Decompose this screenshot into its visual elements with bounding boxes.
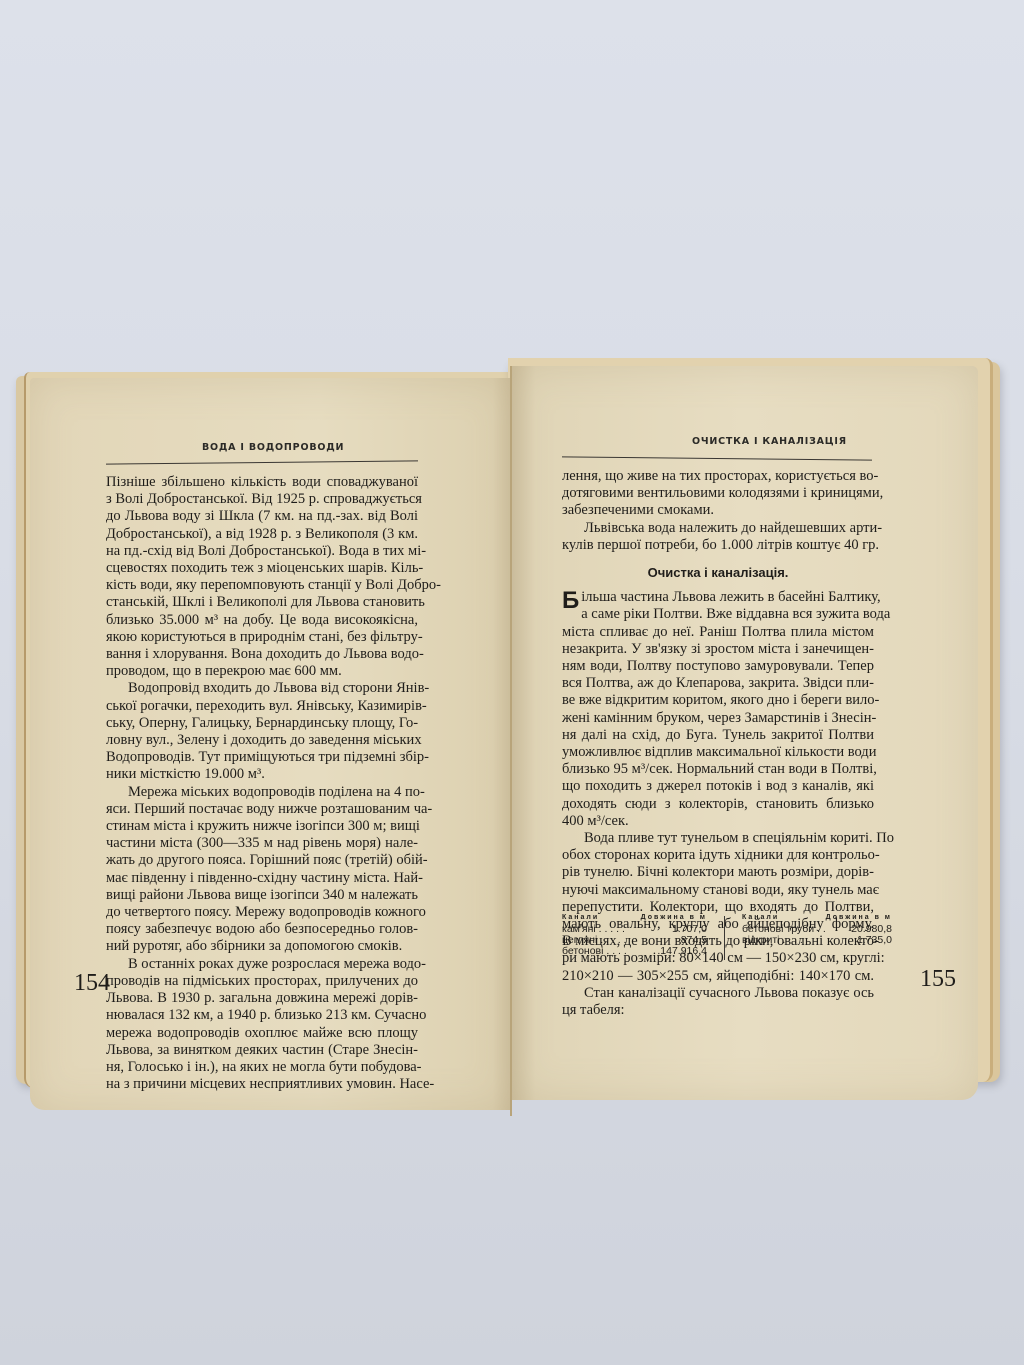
table-left-column: КаналиДовжина в м кам'яні . . . . .1.707… <box>562 914 707 957</box>
text-line: до Львова воду зі Шкла (7 км. на пд.-зах… <box>106 508 418 525</box>
text-line: незакрита. У зв'язку зі зростом міста і … <box>562 641 874 658</box>
text-line: мережа водопроводів охоплює майже всю пл… <box>106 1025 418 1042</box>
text-line: а саме ріки Полтви. Вже віддавна вся зуж… <box>562 606 874 623</box>
text-line: ня далі на схід, до Буга. Тунель закрито… <box>562 727 874 744</box>
first-line-with-dropcap: Більша частина Львова лежить в басейні Б… <box>562 589 874 606</box>
table-right-column: КаналиДовжина в м бетонові труби . .20.9… <box>742 914 892 946</box>
text-line: близько 95 м³/сек. Нормальний стан води … <box>562 761 874 778</box>
text-line: Водопроводів. Тут приміщуються три підзе… <box>106 749 418 766</box>
text-line: нювалася 132 км, а 1940 р. близько 213 к… <box>106 1007 418 1024</box>
text-line: що походить з джерел потоків і вод з кан… <box>562 778 874 795</box>
text-line: частини міста (300—335 м над рівень моря… <box>106 835 418 852</box>
text-line: ської рогачки, переходить вул. Янівську,… <box>106 698 418 715</box>
text-line: рів тунелю. Бічні колектори мають розмір… <box>562 864 874 881</box>
table-cell-name: бетонові . . . . <box>562 946 627 957</box>
text-line: Пізніше збільшено кількість води сповадж… <box>106 474 418 491</box>
text-line: проводів на підміських просторах, прилуч… <box>106 973 418 990</box>
text-line: уможливлює відплив максимальної кількост… <box>562 744 874 761</box>
text-line: вся Полтва, аж до Клепарова, закрита. Зв… <box>562 675 874 692</box>
text-line: Вода пливе тут тунельом в спеціяльнім ко… <box>562 830 874 847</box>
text-line: кість води, яку перепомповують станції у… <box>106 577 418 594</box>
left-page: ВОДА І ВОДОПРОВОДИ Пізніше збільшено кіл… <box>30 378 512 1110</box>
text-line: стинам міста і кружить нижче ізогіпси 30… <box>106 818 418 835</box>
text-line: якою користуються в природнім стані, без… <box>106 629 418 646</box>
right-page-number: 155 <box>920 966 956 993</box>
text-line: поясу забезпечує водою або безпосередньо… <box>106 921 418 938</box>
table-header-value: Довжина в м <box>826 914 892 921</box>
text-line: має південну і південно-східну частину м… <box>106 870 418 887</box>
text-line: жать до другого пояса. Горішний пояс (тр… <box>106 852 418 869</box>
text-line: Львівська вода належить до найдешевших а… <box>562 520 874 537</box>
table-cell-value: 1.735,0 <box>857 935 892 946</box>
text-line: ця табеля: <box>562 1002 874 1019</box>
table-row: бетонові . . . ..147.916,4 <box>562 946 707 957</box>
text-line: ням води, Полтву поступово замуровували.… <box>562 658 874 675</box>
table-divider <box>724 916 725 960</box>
text-line: на пд.-схід від Волі Добростанської). Во… <box>106 543 418 560</box>
text-line: Стан каналізації сучасного Львова показу… <box>562 985 874 1002</box>
text-line: близько 35.000 м³ на добу. Це вода висок… <box>106 612 418 629</box>
right-head-rule <box>562 456 872 460</box>
text-line: ний руротяг, або збірники за допомогою с… <box>106 938 418 955</box>
table-header-value: Довжина в м <box>641 914 707 921</box>
text-line: вання і хлорування. Вона доходить до Льв… <box>106 646 418 663</box>
section-heading: Очистка і каналізація. <box>562 564 874 581</box>
text-line: Львова, за винятком деяких частин (Старе… <box>106 1042 418 1059</box>
sewer-table: КаналиДовжина в м кам'яні . . . . .1.707… <box>562 914 892 974</box>
right-page: ОЧИСТКА І КАНАЛІЗАЦІЯ лення, що живе на … <box>512 366 978 1100</box>
text-line: станській, Шклі і Великополі для Львова … <box>106 594 418 611</box>
text-line: Львова. В 1930 р. загальна довжина мереж… <box>106 990 418 1007</box>
text-line: В останніх роках дуже розрослася мережа … <box>106 956 418 973</box>
text-line: лення, що живе на тих просторах, користу… <box>562 468 874 485</box>
text-line: міста спливає до неї. Раніш Полтва плила… <box>562 624 874 641</box>
text-line: жені камінним бруком, через Замарстинів … <box>562 710 874 727</box>
text-line: вищі райони Львова вище ізогіпси 340 м н… <box>106 887 418 904</box>
text-line: сцевостях походить теж з міоценських шар… <box>106 560 418 577</box>
text-line: забезпеченими смоками. <box>562 502 874 519</box>
table-header-name: Канали <box>562 914 599 921</box>
left-page-number: 154 <box>74 970 110 997</box>
left-body-text: Пізніше збільшено кількість води сповадж… <box>106 474 418 1093</box>
left-running-head: ВОДА І ВОДОПРОВОДИ <box>202 442 344 453</box>
text-line: Водопровід входить до Львова від сторони… <box>106 680 418 697</box>
table-cell-name: відкриті . . . . <box>742 935 803 946</box>
text-line: ве вже відкритим коритом, якого дно і бе… <box>562 692 874 709</box>
right-running-head: ОЧИСТКА І КАНАЛІЗАЦІЯ <box>692 436 847 447</box>
text-line: обох сторонах корита ідуть хідники для к… <box>562 847 874 864</box>
text-line: ську, Оперну, Галицьку, Бернардинську пл… <box>106 715 418 732</box>
text-line: ловну вул., Зелену і доходить до заведен… <box>106 732 418 749</box>
text-line: проводом, що в перекрою має 600 мм. <box>106 663 418 680</box>
text-line: ники місткістю 19.000 м³. <box>106 766 418 783</box>
text-line: до четвертого поясу. Мережу водопроводів… <box>106 904 418 921</box>
text-line: яси. Перший постачає воду нижче розташов… <box>106 801 418 818</box>
text-line: кулів першої потреби, бо 1.000 літрів ко… <box>562 537 874 554</box>
drop-cap: Б <box>562 590 579 612</box>
left-head-rule <box>106 460 418 464</box>
text-line: Добростанської), а від 1928 р. з Великоп… <box>106 526 418 543</box>
table-row: відкриті . . . .1.735,0 <box>742 935 892 946</box>
text-line: доходять сюди з колекторів, становить бл… <box>562 796 874 813</box>
text-line: з Волі Добростанської. Від 1925 р. спров… <box>106 491 418 508</box>
text-line: ня, Голосько і ін.), на яких не могла бу… <box>106 1059 418 1076</box>
text-line: нуючі максимальному станові води, яку ту… <box>562 882 874 899</box>
table-header-name: Канали <box>742 914 779 921</box>
table-cell-value: .147.916,4 <box>657 946 707 957</box>
text-line: Мережа міських водопроводів поділена на … <box>106 784 418 801</box>
text-line: 400 м³/сек. <box>562 813 874 830</box>
open-book: ВОДА І ВОДОПРОВОДИ Пізніше збільшено кіл… <box>0 0 1024 1365</box>
text-line: дотяговими вентильовими колодязями і кри… <box>562 485 874 502</box>
text-line: на з причини місцевих несприятливих умов… <box>106 1076 418 1093</box>
